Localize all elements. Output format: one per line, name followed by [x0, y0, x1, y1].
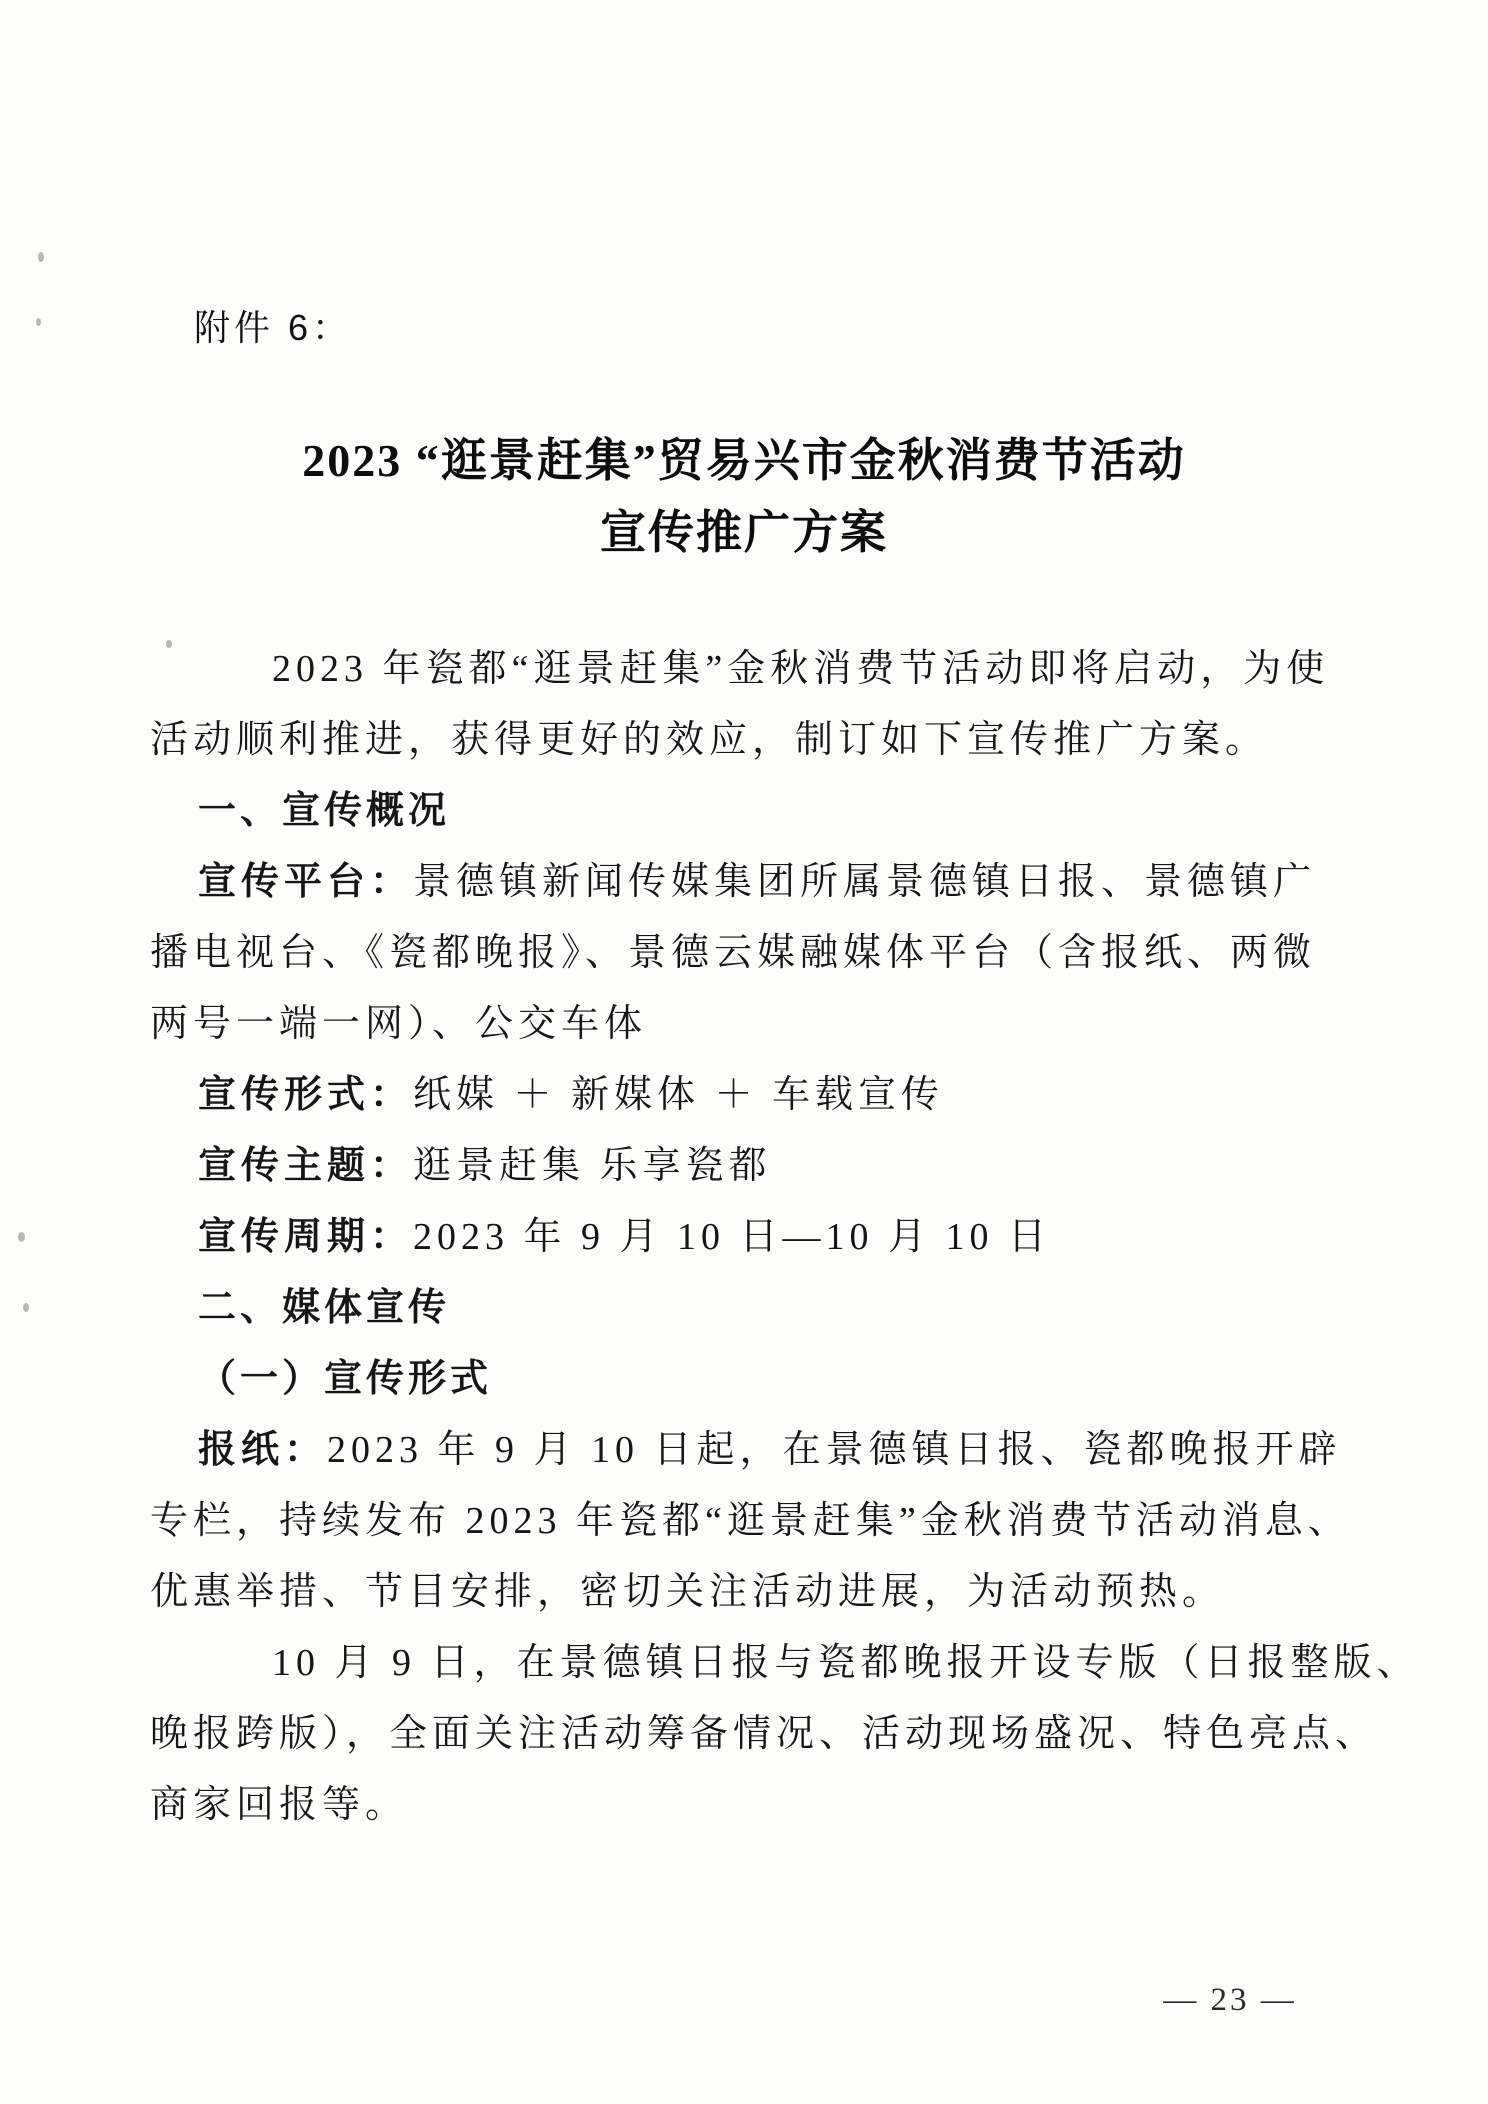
- body-line: 播电视台、《瓷都晚报》、景德云媒融媒体平台（含报纸、两微: [150, 918, 1346, 989]
- field-value: 景德镇新闻传媒集团所属景德镇日报、景德镇广: [413, 861, 1316, 903]
- field-value: 2023 年 9 月 10 日起，在景德镇日报、瓷都晚报开辟: [327, 1429, 1342, 1471]
- field-label: 宣传周期：: [198, 1216, 413, 1258]
- section-heading-1: 一、宣传概况: [150, 776, 1346, 847]
- body-line: 活动顺利推进，获得更好的效应，制订如下宣传推广方案。: [150, 705, 1346, 776]
- sub-heading: （一）宣传形式: [150, 1344, 1346, 1415]
- page-number: — 23 —: [1140, 1982, 1320, 2019]
- body-line: 宣传形式：纸媒 ＋ 新媒体 ＋ 车载宣传: [150, 1060, 1346, 1131]
- body-line: 商家回报等。: [150, 1770, 1346, 1841]
- section-heading-2: 二、媒体宣传: [150, 1273, 1346, 1344]
- body-line: 优惠举措、节目安排，密切关注活动进展，为活动预热。: [150, 1557, 1346, 1628]
- field-label: 宣传形式：: [198, 1074, 413, 1116]
- scan-speck: [38, 252, 44, 262]
- body-line: 宣传周期：2023 年 9 月 10 日—10 月 10 日: [150, 1202, 1346, 1273]
- doc-title-line-2: 宣传推广方案: [0, 496, 1488, 562]
- scan-speck: [23, 1303, 29, 1312]
- field-value: 逛景赶集 乐享瓷都: [413, 1145, 772, 1187]
- body-line: 宣传主题：逛景赶集 乐享瓷都: [150, 1131, 1346, 1202]
- body-line: 2023 年瓷都“逛景赶集”金秋消费节活动即将启动，为使: [150, 634, 1346, 705]
- body-line: 宣传平台：景德镇新闻传媒集团所属景德镇日报、景德镇广: [150, 847, 1346, 918]
- scan-speck: [36, 318, 41, 326]
- body-line: 两号一端一网）、公交车体: [150, 989, 1346, 1060]
- body-line: 专栏，持续发布 2023 年瓷都“逛景赶集”金秋消费节活动消息、: [150, 1486, 1346, 1557]
- field-label: 报纸：: [198, 1429, 327, 1471]
- scanned-document-page: 附件 6： 2023 “逛景赶集”贸易兴市金秋消费节活动 宣传推广方案 2023…: [0, 0, 1488, 2104]
- field-value: 2023 年 9 月 10 日—10 月 10 日: [413, 1216, 1051, 1258]
- doc-body: 2023 年瓷都“逛景赶集”金秋消费节活动即将启动，为使 活动顺利推进，获得更好…: [150, 634, 1346, 1841]
- attachment-label: 附件 6：: [194, 300, 352, 351]
- field-value: 纸媒 ＋ 新媒体 ＋ 车载宣传: [413, 1074, 944, 1116]
- body-line: 报纸：2023 年 9 月 10 日起，在景德镇日报、瓷都晚报开辟: [150, 1415, 1346, 1486]
- field-label: 宣传平台：: [198, 861, 413, 903]
- doc-title-line-1: 2023 “逛景赶集”贸易兴市金秋消费节活动: [0, 424, 1488, 490]
- scan-speck: [18, 1232, 25, 1242]
- field-label: 宣传主题：: [198, 1145, 413, 1187]
- body-line: 晚报跨版），全面关注活动筹备情况、活动现场盛况、特色亮点、: [150, 1699, 1346, 1770]
- body-line: 10 月 9 日，在景德镇日报与瓷都晚报开设专版（日报整版、: [150, 1628, 1346, 1699]
